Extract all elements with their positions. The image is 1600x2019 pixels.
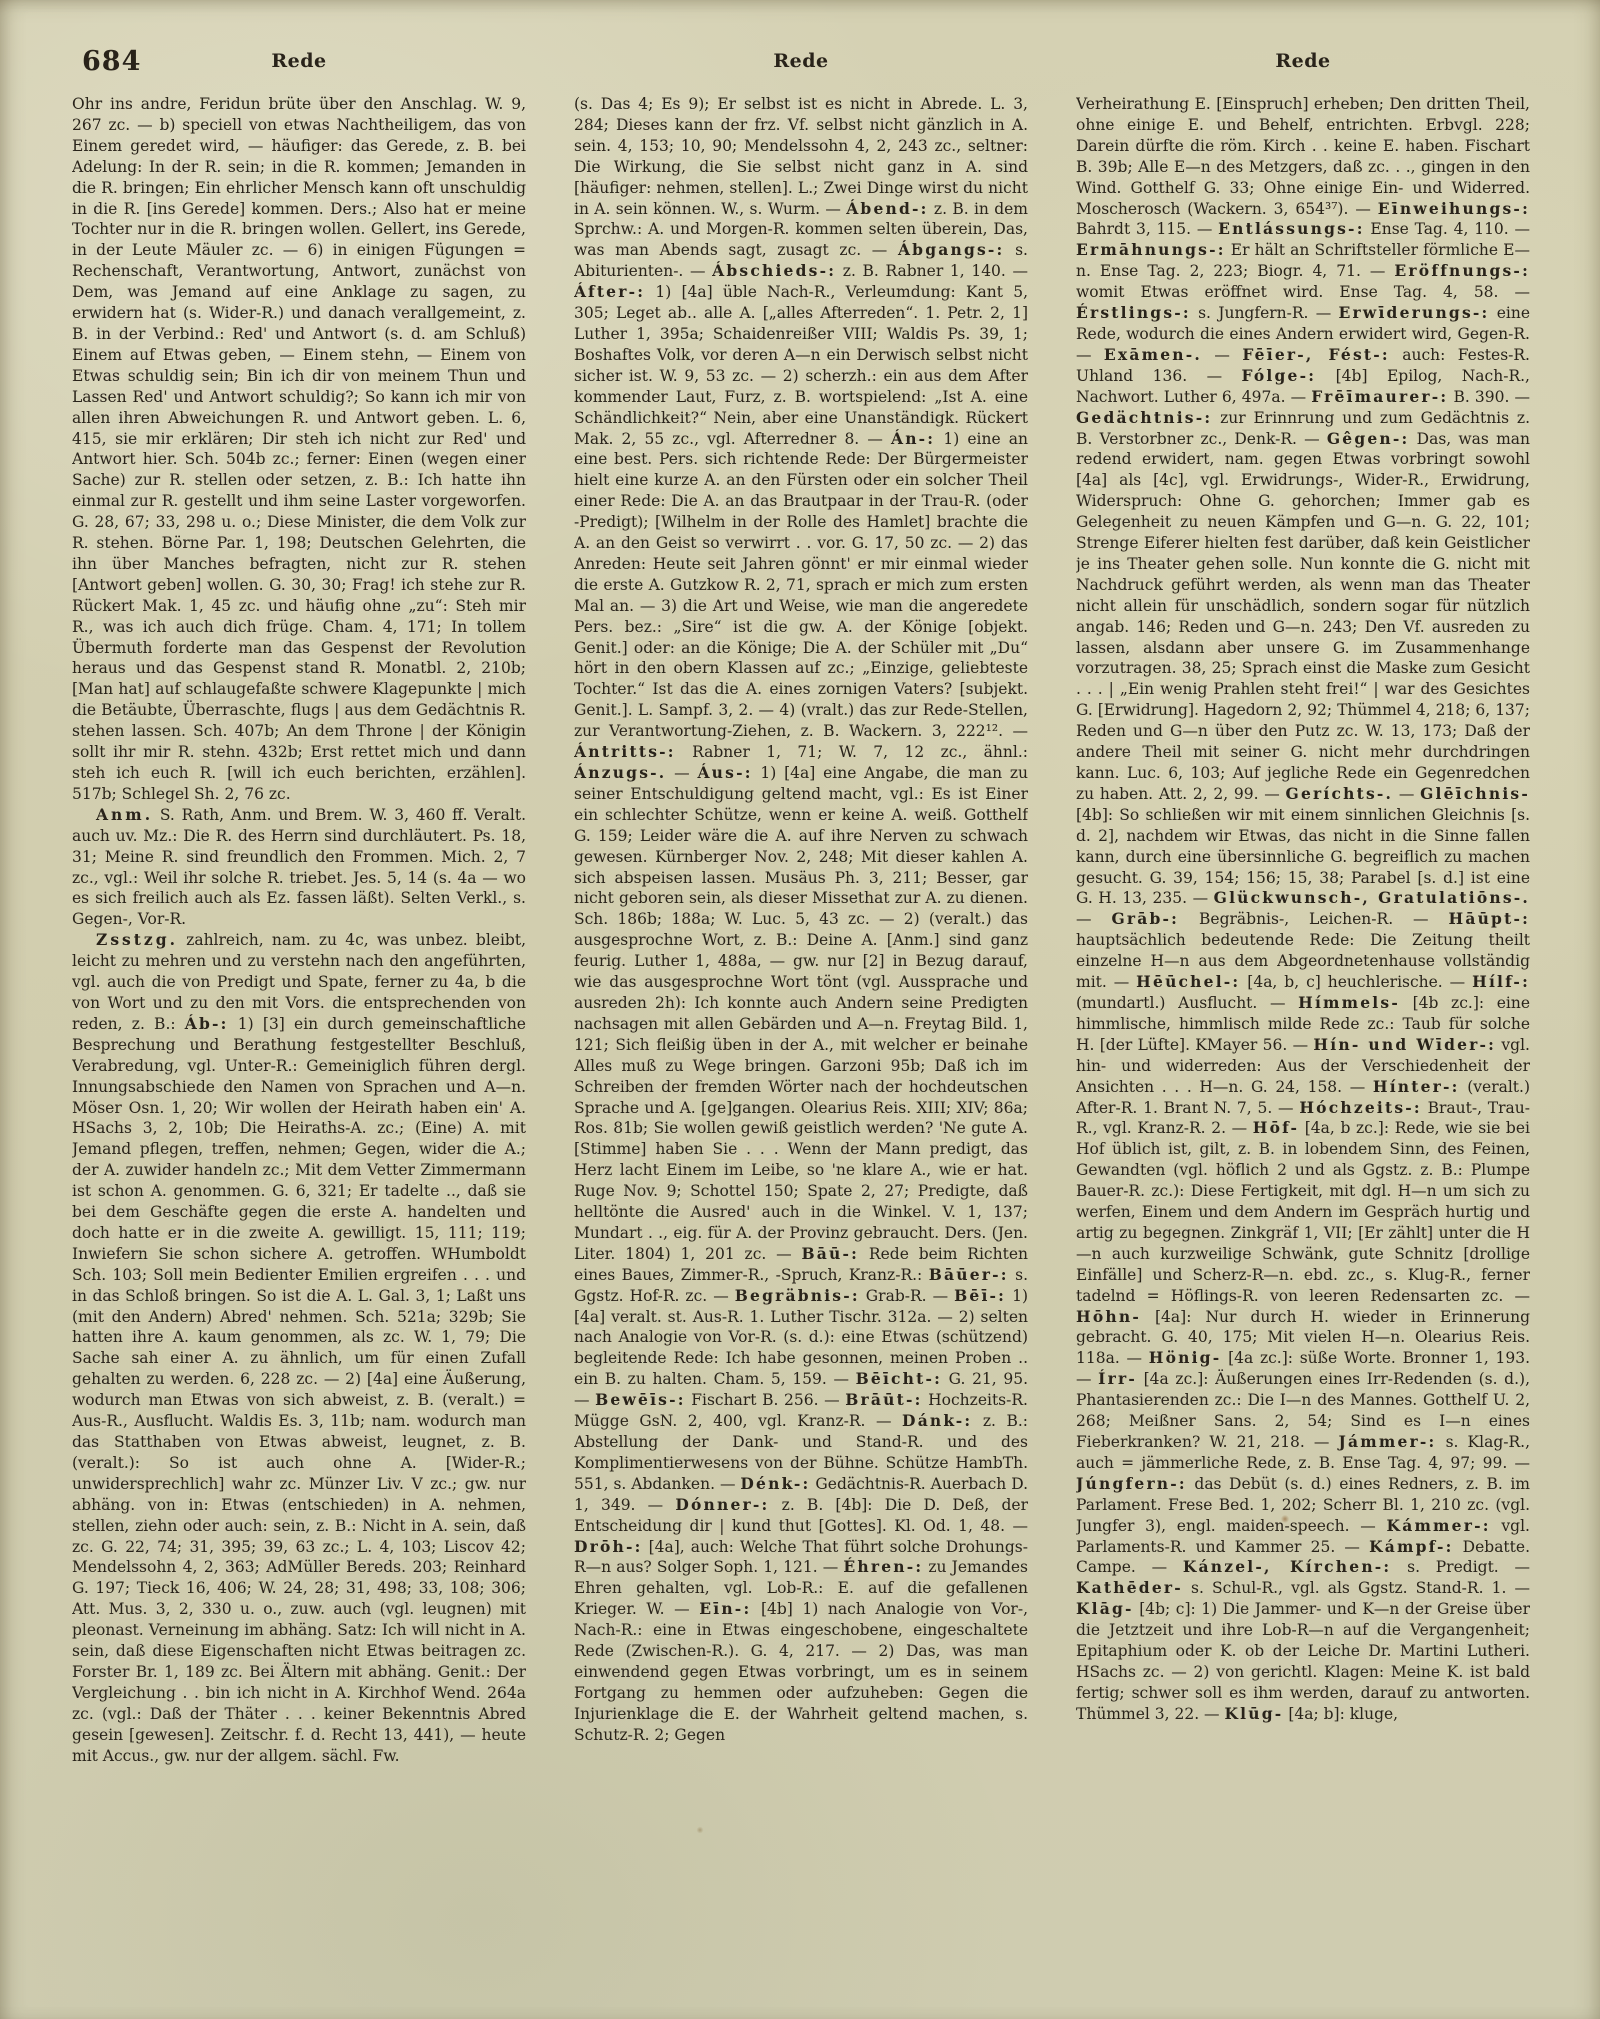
compound-headword: Érstlings-: bbox=[1076, 303, 1191, 322]
body-text: Fischart B. 256. — bbox=[686, 1391, 846, 1409]
page-header: 684 Rede Rede Rede bbox=[72, 44, 1530, 84]
body-text: [4a; b]: kluge, bbox=[1283, 1705, 1398, 1723]
body-text: — bbox=[1393, 785, 1420, 803]
compound-headword: Geríchts-. bbox=[1286, 784, 1394, 803]
paragraph: Zsstzg. zahlreich, nam. zu 4c, was unbez… bbox=[72, 930, 526, 1766]
body-text: 1) [4a] üble Nach-R., Verleumdung: Kant … bbox=[574, 283, 1028, 447]
compound-headword: Bēīcht-: bbox=[856, 1369, 942, 1388]
compound-headword: Hāūpt-: bbox=[1448, 909, 1530, 928]
body-text: s. Schul-R., vgl. als Ggstz. Stand-R. 1.… bbox=[1183, 1579, 1530, 1597]
paragraph-lead: Anm. bbox=[96, 805, 153, 824]
body-text: — bbox=[666, 764, 697, 782]
text-column-2: (s. Das 4; Es 9); Er selbst ist es nicht… bbox=[574, 94, 1028, 2009]
running-head-column-2: Rede bbox=[574, 50, 1028, 72]
dictionary-page: 684 Rede Rede Rede Ohr ins andre, Feridu… bbox=[0, 0, 1600, 2019]
compound-headword: Bāū-: bbox=[802, 1244, 860, 1263]
compound-headword: Kathēder- bbox=[1076, 1578, 1183, 1597]
compound-headword: Erwīderungs-: bbox=[1339, 303, 1490, 322]
paragraph: Anm. S. Rath, Anm. und Brem. W. 3, 460 f… bbox=[72, 805, 526, 930]
body-text: z. B. Rabner 1, 140. — bbox=[836, 262, 1028, 280]
paragraph-lead: Zsstzg. bbox=[96, 930, 178, 949]
body-text: Bahrdt 3, 115. — bbox=[1076, 220, 1218, 238]
compound-headword: Begräbnis-: bbox=[735, 1286, 860, 1305]
compound-headword: Írr- bbox=[1098, 1369, 1137, 1388]
paragraph: (s. Das 4; Es 9); Er selbst ist es nicht… bbox=[574, 94, 1028, 1746]
compound-headword: Fēīer-, Fést-: bbox=[1242, 345, 1390, 364]
body-text: Rabner 1, 71; W. 7, 12 zc., ähnl.: bbox=[676, 743, 1028, 761]
compound-headword: Ánzugs-. bbox=[574, 763, 666, 782]
compound-headword: Hín- und Wīder-: bbox=[1313, 1035, 1496, 1054]
body-text: s. Predigt. — bbox=[1391, 1558, 1530, 1576]
compound-headword: Ábschieds-: bbox=[712, 261, 836, 280]
paragraph: Verheirathung E. [Einspruch] erheben; De… bbox=[1076, 94, 1530, 1725]
compound-headword: Dónner-: bbox=[675, 1495, 769, 1514]
body-text: — bbox=[1202, 346, 1242, 364]
compound-headword: Hōf- bbox=[1253, 1118, 1299, 1137]
body-text: Grab-R. — bbox=[860, 1287, 954, 1305]
compound-headword: Klūg- bbox=[1224, 1704, 1283, 1723]
compound-headword: Eröffnungs-: bbox=[1394, 261, 1530, 280]
body-text: — bbox=[1076, 910, 1111, 928]
compound-headword: Kámmer-: bbox=[1387, 1516, 1491, 1535]
compound-headword: Klāg- bbox=[1076, 1599, 1134, 1618]
compound-headword: Ábend-: bbox=[846, 199, 928, 218]
compound-headword: Hímmels- bbox=[1298, 993, 1400, 1012]
compound-headword: Dánk-: bbox=[902, 1411, 972, 1430]
compound-headword: Bewēīs-: bbox=[595, 1390, 686, 1409]
compound-headword: Ermāhnungs-: bbox=[1076, 240, 1226, 259]
compound-headword: Bāūer-: bbox=[929, 1265, 1009, 1284]
running-head-column-3: Rede bbox=[1076, 50, 1530, 72]
compound-headword: Frēīmaurer-: bbox=[1311, 387, 1448, 406]
compound-headword: Eīnweihungs-: bbox=[1378, 199, 1530, 218]
compound-headword: Bēī-: bbox=[954, 1286, 1006, 1305]
body-text: Ohr ins andre, Feridun brüte über den An… bbox=[72, 95, 526, 803]
body-text: [4a, b zc.]: Rede, wie sie bei Hof üblic… bbox=[1076, 1119, 1530, 1304]
compound-headword: Hílf-: bbox=[1472, 972, 1530, 991]
compound-headword: Glückwunsch-, Gratulatiōns-. bbox=[1214, 888, 1530, 907]
compound-headword: Eīn-: bbox=[699, 1599, 751, 1618]
compound-headword: Áb-: bbox=[185, 1014, 229, 1033]
compound-headword: Hōhn- bbox=[1076, 1307, 1141, 1326]
body-text: [4a, b, c] heuchlerische. — bbox=[1240, 973, 1472, 991]
compound-headword: Entlássungs-: bbox=[1218, 219, 1365, 238]
paragraph: Ohr ins andre, Feridun brüte über den An… bbox=[72, 94, 526, 805]
compound-headword: Ábgangs-: bbox=[898, 240, 1005, 259]
body-text: 1) [3] ein durch gemeinschaftliche Bespr… bbox=[72, 1015, 526, 1765]
compound-headword: Éhren-: bbox=[843, 1557, 923, 1576]
compound-headword: Exāmen-. bbox=[1104, 345, 1202, 364]
text-column-1: Ohr ins andre, Feridun brüte über den An… bbox=[72, 94, 526, 2009]
running-heads: Rede Rede Rede bbox=[72, 50, 1530, 72]
compound-headword: Grāb-: bbox=[1111, 909, 1179, 928]
compound-headword: Júngfern-: bbox=[1076, 1474, 1187, 1493]
text-column-3: Verheirathung E. [Einspruch] erheben; De… bbox=[1076, 94, 1530, 2009]
body-text: (mundartl.) Ausflucht. — bbox=[1076, 994, 1298, 1012]
body-text: Ense Tag. 4, 110. — bbox=[1365, 220, 1530, 238]
compound-headword: Hóchzeits-: bbox=[1299, 1098, 1421, 1117]
compound-headword: Hínter-: bbox=[1373, 1077, 1460, 1096]
compound-headword: Áfter-: bbox=[574, 282, 645, 301]
compound-headword: Gêgen-: bbox=[1327, 429, 1410, 448]
body-text: S. Rath, Anm. und Brem. W. 3, 460 ff. Ve… bbox=[72, 806, 526, 929]
compound-headword: Kánzel-, Kírchen-: bbox=[1183, 1557, 1392, 1576]
compound-headword: Drōh-: bbox=[574, 1537, 643, 1556]
compound-headword: Jámmer-: bbox=[1339, 1432, 1437, 1451]
compound-headword: Hēūchel-: bbox=[1136, 972, 1240, 991]
body-text: s. Jungfern-R. — bbox=[1191, 304, 1339, 322]
compound-headword: Gedächtnis-: bbox=[1076, 408, 1212, 427]
compound-headword: Án-: bbox=[891, 429, 935, 448]
body-text: [4b] 1) nach Analogie von Vor-, Nach-R.:… bbox=[574, 1600, 1028, 1743]
body-text: 1) eine an eine best. Pers. sich richten… bbox=[574, 430, 1028, 741]
compound-headword: Hönig- bbox=[1149, 1348, 1222, 1367]
compound-headword: Glēīchnis- bbox=[1420, 784, 1530, 803]
body-text: B. 390. — bbox=[1448, 388, 1530, 406]
running-head-column-1: Rede bbox=[72, 50, 526, 72]
body-text: Das, was man redend erwidert, nam. gegen… bbox=[1076, 430, 1530, 803]
compound-headword: Dénk-: bbox=[740, 1474, 810, 1493]
compound-headword: Áus-: bbox=[697, 763, 752, 782]
compound-headword: Brāūt-: bbox=[845, 1390, 922, 1409]
compound-headword: Fólge-: bbox=[1242, 366, 1317, 385]
body-text: 1) [4a] eine Angabe, die man zu seiner E… bbox=[574, 764, 1028, 1263]
page-body: Ohr ins andre, Feridun brüte über den An… bbox=[72, 94, 1530, 2009]
compound-headword: Kámpf-: bbox=[1369, 1537, 1453, 1556]
body-text: womit Etwas eröffnet wird. Ense Tag. 4, … bbox=[1076, 283, 1530, 301]
compound-headword: Ántritts-: bbox=[574, 742, 676, 761]
body-text: Begräbnis-, Leichen-R. — bbox=[1179, 910, 1448, 928]
